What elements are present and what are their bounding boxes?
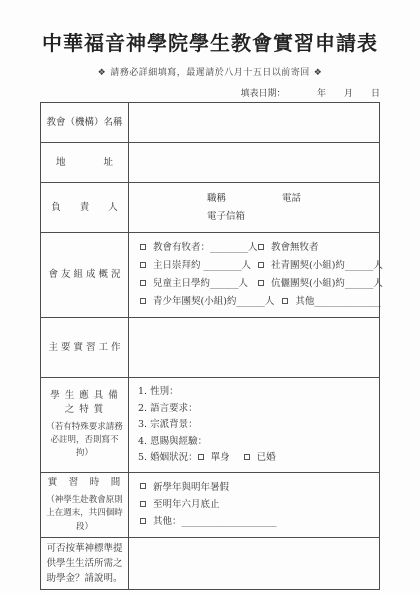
row-person-in-charge: 負 責 人 職稱電話 電子信箱 [41, 183, 380, 233]
row-address: 地 址 [41, 143, 380, 183]
quality-item-gifts: 4. 恩賜與經驗： [135, 437, 373, 447]
fill-date-line: 填表日期： 年 月 日 [40, 86, 380, 99]
checkbox-youth-fellowship[interactable] [140, 298, 146, 304]
period-option: 新學年與明年暑假 [135, 483, 373, 493]
period-option: 其他：____________________ [135, 517, 373, 527]
address-field[interactable] [129, 143, 380, 183]
checkbox-no-pastor[interactable] [258, 244, 264, 250]
checkbox-single[interactable] [198, 454, 204, 460]
no-pastor-text: 教會無牧者 [271, 242, 319, 253]
subtitle-note: ❖請務必詳細填寫，最遲請於八月十五日以前寄回❖ [0, 65, 420, 78]
membership-line: 主日崇拜約 ________人社青團契(小組)約______人 [135, 261, 373, 271]
quality-item-denomination: 3. 宗派背景： [135, 420, 373, 430]
couples-fellowship-text: 伉儷團契(小組)約______人 [271, 278, 383, 289]
period-label-text: 實 習 時 間 [45, 476, 124, 489]
row-qualities: 學 生 應 具 備 之 特 質 （若有特殊要求請務必註明，否則寫不拘） 1. 性… [41, 378, 380, 473]
row-period: 實 習 時 間 （神學生赴教會原則上在週末，共四個時段） 新學年與明年暑假 至明… [41, 473, 380, 538]
qualities-label-text: 學 生 應 具 備 之 特 質 [45, 389, 124, 416]
period-options: 新學年與明年暑假 至明年六月底止 其他：____________________ [129, 473, 380, 538]
scholarship-field[interactable] [129, 537, 380, 590]
row-membership: 會 友 組 成 概 況 教會有牧者：________人教會無牧者 主日崇拜約 _… [41, 233, 380, 318]
checkbox-married[interactable] [244, 454, 250, 460]
single-label: 單身 [211, 452, 230, 463]
qualities-note: （若有特殊要求請務必註明，否則寫不拘） [45, 421, 124, 461]
checkbox-young-adult-fellowship[interactable] [258, 262, 264, 268]
quality-item-language: 2. 語言要求： [135, 404, 373, 414]
main-work-field[interactable] [129, 318, 380, 378]
main-work-label: 主 要 實 習 工 作 [41, 318, 129, 378]
checkbox-new-school-year[interactable] [140, 483, 146, 489]
scholarship-label: 可否按華神標準提供學生生活所需之助學金？請說明。 [41, 537, 129, 590]
quality-item-gender: 1. 性別： [135, 387, 373, 397]
period-note: （神學生赴教會原則上在週末，共四個時段） [45, 494, 124, 534]
person-label: 負 責 人 [41, 183, 129, 233]
checkbox-sunday-worship[interactable] [140, 262, 146, 268]
other-period-text: 其他：____________________ [153, 516, 277, 527]
period-option: 至明年六月底止 [135, 500, 373, 510]
checkbox-has-pastor[interactable] [140, 244, 146, 250]
sunday-worship-text: 主日崇拜約 ________人 [153, 260, 251, 271]
checkbox-other-period[interactable] [140, 518, 146, 524]
application-table: 教會（機構）名稱 地 址 負 責 人 職稱電話 電子信箱 [40, 102, 380, 590]
young-adult-fellowship-text: 社青團契(小組)約______人 [271, 260, 383, 271]
quality-item-marital: 5. 婚姻狀況：單身已婚 [135, 453, 373, 463]
diamond-icon: ❖ [314, 68, 323, 78]
person-fields: 職稱電話 電子信箱 [129, 183, 380, 233]
church-name-label: 教會（機構）名稱 [41, 103, 129, 143]
address-label: 地 址 [41, 143, 129, 183]
application-form-page: 中華福音神學院學生教會實習申請表 ❖請務必詳細填寫，最遲請於八月十五日以前寄回❖… [0, 0, 420, 593]
subtitle-text: 請務必詳細填寫，最遲請於八月十五日以前寄回 [110, 68, 310, 78]
checkbox-until-june[interactable] [140, 501, 146, 507]
membership-line: 青少年團契(小組)約______人其他______________ [135, 297, 373, 307]
phone-label: 電話 [282, 193, 301, 204]
youth-fellowship-text: 青少年團契(小組)約______人 [153, 296, 274, 307]
other-group-text: 其他______________ [295, 296, 381, 307]
checkbox-couples-fellowship[interactable] [258, 280, 264, 286]
children-sunday-school-text: 兒童主日學約______人 [153, 278, 248, 289]
new-school-year-text: 新學年與明年暑假 [153, 482, 229, 493]
qualities-list: 1. 性別： 2. 語言要求： 3. 宗派背景： 4. 恩賜與經驗： 5. 婚姻… [129, 378, 380, 473]
row-church-name: 教會（機構）名稱 [41, 103, 380, 143]
membership-line: 教會有牧者：________人教會無牧者 [135, 243, 373, 253]
membership-line: 兒童主日學約______人伉儷團契(小組)約______人 [135, 279, 373, 289]
membership-options: 教會有牧者：________人教會無牧者 主日崇拜約 ________人社青團契… [129, 233, 380, 318]
membership-label: 會 友 組 成 概 況 [41, 233, 129, 318]
page-title: 中華福音神學院學生教會實習申請表 [0, 27, 420, 56]
until-june-text: 至明年六月底止 [153, 499, 220, 510]
job-title-label: 職稱 [207, 193, 226, 204]
checkbox-other-group[interactable] [282, 298, 288, 304]
marital-status-text: 5. 婚姻狀況： [138, 452, 198, 463]
has-pastor-text: 教會有牧者：________人 [153, 242, 258, 253]
email-label: 電子信箱 [207, 211, 245, 222]
row-main-work: 主 要 實 習 工 作 [41, 318, 380, 378]
row-scholarship: 可否按華神標準提供學生生活所需之助學金？請說明。 [41, 537, 380, 590]
married-label: 已婚 [257, 452, 276, 463]
period-label: 實 習 時 間 （神學生赴教會原則上在週末，共四個時段） [41, 473, 129, 538]
checkbox-children-sunday-school[interactable] [140, 280, 146, 286]
church-name-field[interactable] [129, 103, 380, 143]
qualities-label: 學 生 應 具 備 之 特 質 （若有特殊要求請務必註明，否則寫不拘） [41, 378, 129, 473]
diamond-icon: ❖ [98, 68, 107, 78]
